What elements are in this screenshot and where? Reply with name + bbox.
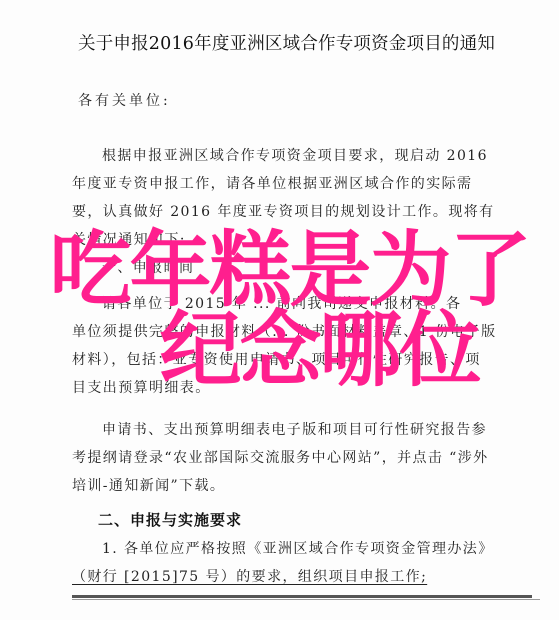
scanned-document-page: 关于申报2016年度亚洲区域合作专项资金项目的通知 各有关单位: 根据申报亚洲区… [0,0,559,620]
salutation: 各有关单位: [78,90,171,110]
text-line: 年度亚专资申报工作，请各单位根据亚洲区域合作的实际需 [72,170,492,198]
paragraph-requirements: 1. 各单位应严格按照《亚洲区域合作专项资金管理办法》 （财行 [2015]75… [72,535,492,591]
text-line: 根据申报亚洲区域合作专项资金项目要求，现启动 2016 [72,142,492,170]
text-line: 1. 各单位应严格按照《亚洲区域合作专项资金管理办法》 [72,535,492,563]
text-line: （财行 [2015]75 号）的要求，组织项目申报工作; [72,563,492,591]
paragraph-download: 申请书、支出预算明细表电子版和项目可行性研究报告参 考提纲请登录“农业部国际交流… [72,416,492,500]
text-line: 考提纲请登录“农业部国际交流服务中心网站”，并点击 “涉外 [72,444,492,472]
divider-rule [72,595,532,598]
section-heading-2: 二、申报与实施要求 [98,509,242,530]
divider-rule-thin [72,599,540,600]
overlay-caption-line2: 纪念哪位 [0,306,559,396]
text-line: 培训-通知新闻”下载。 [72,472,492,500]
text-line: 要，认真做好 2016 年度亚专资项目的规划设计工作。现将有 [72,198,492,226]
document-title: 关于申报2016年度亚洲区域合作专项资金项目的通知 [78,30,495,55]
text-line: 申请书、支出预算明细表电子版和项目可行性研究报告参 [72,416,492,444]
